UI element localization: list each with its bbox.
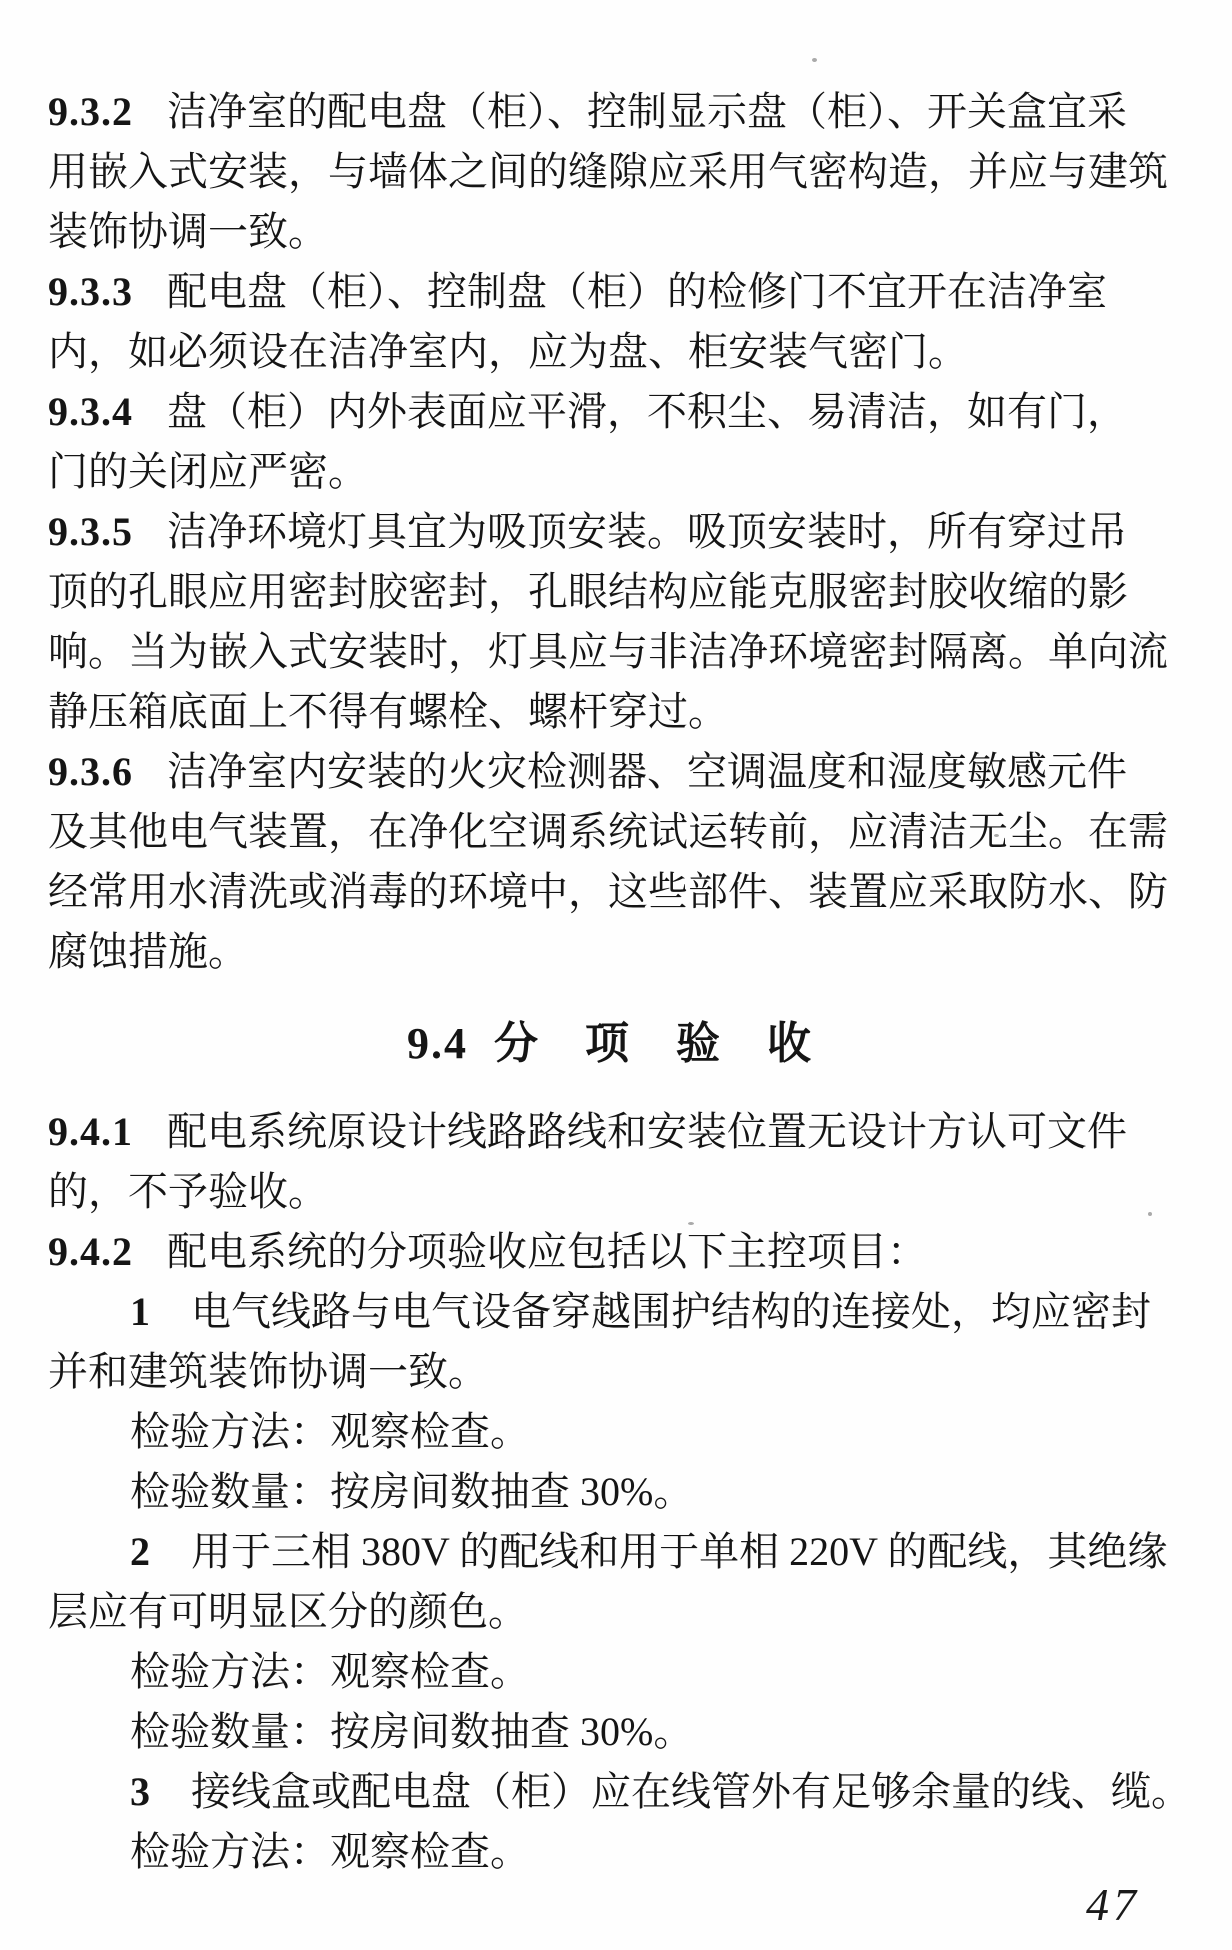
text-line: 腐蚀措施。: [48, 922, 1188, 982]
text-line: 用嵌入式安装，与墙体之间的缝隙应采用气密构造，并应与建筑: [48, 142, 1188, 202]
text-line: 静压箱底面上不得有螺栓、螺杆穿过。: [48, 682, 1188, 742]
clause-number: 9.3.2: [48, 89, 133, 134]
line-text: 并和建筑装饰协调一致。: [48, 1349, 488, 1394]
line-text: 顶的孔眼应用密封胶密封，孔眼结构应能克服密封胶收缩的影: [48, 569, 1128, 614]
line-text: 经常用水清洗或消毒的环境中，这些部件、装置应采取防水、防: [48, 869, 1168, 914]
line-text: 门的关闭应严密。: [48, 449, 368, 494]
line-text: 洁净室的配电盘（柜）、控制显示盘（柜）、开关盒宜采: [167, 89, 1127, 134]
text-line: 层应有可明显区分的颜色。: [48, 1582, 1188, 1642]
section-number: 9.4: [407, 1019, 468, 1068]
line-text: 及其他电气装置，在净化空调系统试运转前，应清洁无尘。在需: [48, 809, 1168, 854]
text-line: 门的关闭应严密。: [48, 442, 1188, 502]
clause-number: 9.3.5: [48, 509, 133, 554]
page-number: 47: [1086, 1878, 1140, 1931]
line-text: 分 项 验 收: [494, 1019, 829, 1068]
text-line: 9.3.2洁净室的配电盘（柜）、控制显示盘（柜）、开关盒宜采: [48, 82, 1188, 142]
line-text: 电气线路与电气设备穿越围护结构的连接处，均应密封: [191, 1289, 1151, 1334]
clause-number: 2: [130, 1529, 151, 1574]
text-line: 并和建筑装饰协调一致。: [48, 1342, 1188, 1402]
text-line: 1电气线路与电气设备穿越围护结构的连接处，均应密封: [48, 1282, 1188, 1342]
text-line: 及其他电气装置，在净化空调系统试运转前，应清洁无尘。在需: [48, 802, 1188, 862]
line-text: 检验数量：按房间数抽查 30%。: [130, 1709, 693, 1754]
text-block: 9.3.2洁净室的配电盘（柜）、控制显示盘（柜）、开关盒宜采用嵌入式安装，与墙体…: [48, 82, 1188, 1882]
section-heading: 9.4分 项 验 收: [48, 1014, 1188, 1074]
text-line: 顶的孔眼应用密封胶密封，孔眼结构应能克服密封胶收缩的影: [48, 562, 1188, 622]
line-text: 层应有可明显区分的颜色。: [48, 1589, 528, 1634]
clause-number: 3: [130, 1769, 151, 1814]
clause-number: 9.4.1: [48, 1109, 133, 1154]
text-line: 检验数量：按房间数抽查 30%。: [48, 1702, 1188, 1762]
line-text: 接线盒或配电盘（柜）应在线管外有足够余量的线、缆。: [191, 1769, 1191, 1814]
line-text: 内，如必须设在洁净室内，应为盘、柜安装气密门。: [48, 329, 968, 374]
text-line: 9.3.6洁净室内安装的火灾检测器、空调温度和湿度敏感元件: [48, 742, 1188, 802]
line-text: 用于三相 380V 的配线和用于单相 220V 的配线，其绝缘: [191, 1529, 1167, 1574]
text-line: 响。当为嵌入式安装时，灯具应与非洁净环境密封隔离。单向流: [48, 622, 1188, 682]
text-line: 9.3.5洁净环境灯具宜为吸顶安装。吸顶安装时，所有穿过吊: [48, 502, 1188, 562]
text-line: 的，不予验收。: [48, 1162, 1188, 1222]
line-text: 腐蚀措施。: [48, 929, 248, 974]
text-line: 9.4.1配电系统原设计线路路线和安装位置无设计方认可文件: [48, 1102, 1188, 1162]
text-line: 9.3.4盘（柜）内外表面应平滑，不积尘、易清洁，如有门，: [48, 382, 1188, 442]
line-text: 检验方法：观察检查。: [130, 1829, 530, 1874]
line-text: 用嵌入式安装，与墙体之间的缝隙应采用气密构造，并应与建筑: [48, 149, 1168, 194]
line-text: 洁净室内安装的火灾检测器、空调温度和湿度敏感元件: [167, 749, 1127, 794]
scan-speck: [994, 834, 999, 837]
line-text: 配电系统的分项验收应包括以下主控项目：: [167, 1229, 927, 1274]
clause-number: 1: [130, 1289, 151, 1334]
text-line: 3接线盒或配电盘（柜）应在线管外有足够余量的线、缆。: [48, 1762, 1188, 1822]
text-line: 内，如必须设在洁净室内，应为盘、柜安装气密门。: [48, 322, 1188, 382]
text-line: 9.3.3配电盘（柜）、控制盘（柜）的检修门不宜开在洁净室: [48, 262, 1188, 322]
clause-number: 9.3.4: [48, 389, 133, 434]
text-line: 检验方法：观察检查。: [48, 1642, 1188, 1702]
line-text: 洁净环境灯具宜为吸顶安装。吸顶安装时，所有穿过吊: [167, 509, 1127, 554]
line-text: 盘（柜）内外表面应平滑，不积尘、易清洁，如有门，: [167, 389, 1127, 434]
line-text: 响。当为嵌入式安装时，灯具应与非洁净环境密封隔离。单向流: [48, 629, 1168, 674]
clause-number: 9.3.6: [48, 749, 133, 794]
line-text: 静压箱底面上不得有螺栓、螺杆穿过。: [48, 689, 728, 734]
text-line: 2用于三相 380V 的配线和用于单相 220V 的配线，其绝缘: [48, 1522, 1188, 1582]
clause-number: 9.4.2: [48, 1229, 133, 1274]
scan-speck: [688, 1222, 694, 1225]
scan-speck: [1148, 1212, 1152, 1216]
text-line: 9.4.2配电系统的分项验收应包括以下主控项目：: [48, 1222, 1188, 1282]
text-line: 检验方法：观察检查。: [48, 1402, 1188, 1462]
document-page: 9.3.2洁净室的配电盘（柜）、控制显示盘（柜）、开关盒宜采用嵌入式安装，与墙体…: [0, 0, 1232, 1950]
scan-speck: [812, 58, 817, 62]
line-text: 检验方法：观察检查。: [130, 1409, 530, 1454]
text-line: 装饰协调一致。: [48, 202, 1188, 262]
line-text: 配电系统原设计线路路线和安装位置无设计方认可文件: [167, 1109, 1127, 1154]
text-line: 检验数量：按房间数抽查 30%。: [48, 1462, 1188, 1522]
line-text: 检验方法：观察检查。: [130, 1649, 530, 1694]
text-line: 检验方法：观察检查。: [48, 1822, 1188, 1882]
line-text: 的，不予验收。: [48, 1169, 328, 1214]
text-line: 经常用水清洗或消毒的环境中，这些部件、装置应采取防水、防: [48, 862, 1188, 922]
clause-number: 9.3.3: [48, 269, 133, 314]
line-text: 配电盘（柜）、控制盘（柜）的检修门不宜开在洁净室: [167, 269, 1107, 314]
line-text: 检验数量：按房间数抽查 30%。: [130, 1469, 693, 1514]
line-text: 装饰协调一致。: [48, 209, 328, 254]
